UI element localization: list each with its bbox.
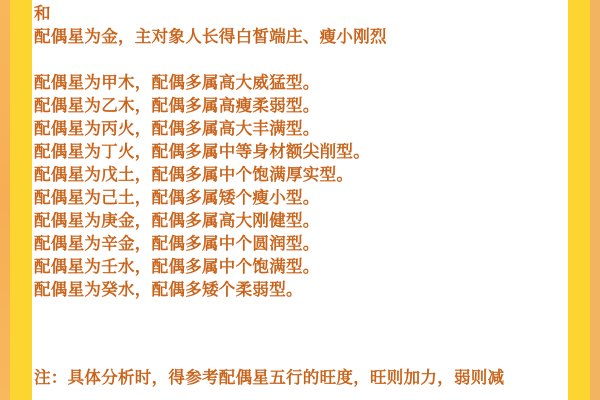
article-content: 和 配偶星为金，主对象人长得白皙端庄、瘦小刚烈 配偶星为甲木，配偶多属高大威猛型… (32, 0, 568, 400)
page-frame: 和 配偶星为金，主对象人长得白皙端庄、瘦小刚烈 配偶星为甲木，配偶多属高大威猛型… (0, 0, 600, 400)
spouse-star-line-xinjin: 配偶星为辛金，配偶多属中个圆润型。 (34, 232, 387, 255)
blank-line (34, 48, 387, 71)
spouse-star-line-wutu: 配偶星为戊土，配偶多属中个饱满厚实型。 (34, 163, 387, 186)
spouse-star-line-guishui: 配偶星为癸水，配偶多矮个柔弱型。 (34, 278, 387, 301)
left-yellow-band (10, 0, 32, 400)
article-text-block: 和 配偶星为金，主对象人长得白皙端庄、瘦小刚烈 配偶星为甲木，配偶多属高大威猛型… (34, 2, 387, 301)
spouse-star-line-binghuo: 配偶星为丙火，配偶多属高大丰满型。 (34, 117, 387, 140)
right-yellow-band (568, 0, 590, 400)
intro-line: 配偶星为金，主对象人长得白皙端庄、瘦小刚烈 (34, 25, 387, 48)
left-orange-border (0, 0, 10, 400)
right-orange-border (590, 0, 600, 400)
spouse-star-line-renshui: 配偶星为壬水，配偶多属中个饱满型。 (34, 255, 387, 278)
spouse-star-line-gengjin: 配偶星为庚金，配偶多属高大刚健型。 (34, 209, 387, 232)
spouse-star-line-jiamu: 配偶星为甲木，配偶多属高大威猛型。 (34, 71, 387, 94)
intro-line: 和 (34, 2, 387, 25)
spouse-star-line-yimu: 配偶星为乙木，配偶多属高瘦柔弱型。 (34, 94, 387, 117)
spouse-star-line-jitu: 配偶星为己土，配偶多属矮个瘦小型。 (34, 186, 387, 209)
spouse-star-line-dinghuo: 配偶星为丁火，配偶多属中等身材额尖削型。 (34, 140, 387, 163)
note-text: 注：具体分析时，得参考配偶星五行的旺度，旺则加力，弱则减 (34, 366, 504, 389)
